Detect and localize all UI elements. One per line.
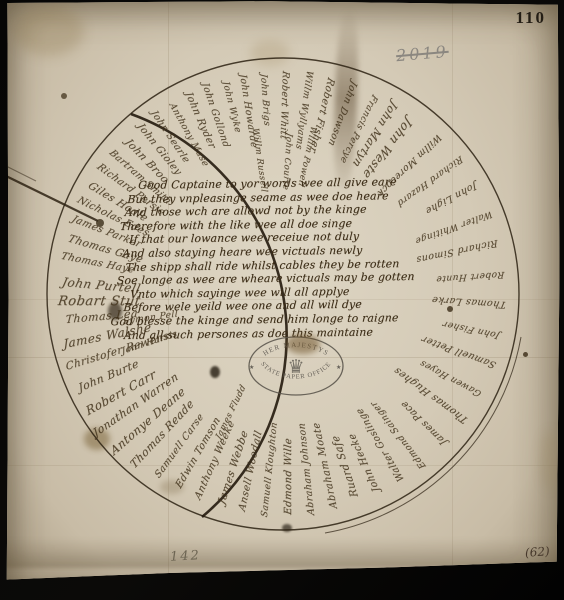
petition-verse: Good Captaine to yor words wee all give … xyxy=(113,175,420,342)
stain xyxy=(286,334,320,354)
signature: Thomas Hughes xyxy=(392,365,471,425)
manuscript-photo: { "page": { "folio_number": "110", "canc… xyxy=(0,0,564,600)
signature: John Fisher xyxy=(441,318,501,340)
star-icon: ★ xyxy=(336,364,341,371)
signature: Thomas Larke xyxy=(431,293,508,309)
signature: Robert Whitt xyxy=(277,70,290,140)
signature: John Lighe xyxy=(424,180,478,217)
signature: John Brigs xyxy=(258,73,272,126)
signature: Robert Hunte xyxy=(436,268,505,283)
signature: Edmond Wille xyxy=(283,437,294,515)
parchment-page: Robert WhittWillm WyllyamsRobert FisherJ… xyxy=(0,0,564,600)
docket-number-bottom: 142 xyxy=(170,548,202,565)
corner-number-bottom-right: (62) xyxy=(525,544,551,560)
star-icon: ★ xyxy=(249,364,254,371)
crown-icon: ♛ xyxy=(287,356,304,378)
folio-number: 110 xyxy=(515,8,546,28)
